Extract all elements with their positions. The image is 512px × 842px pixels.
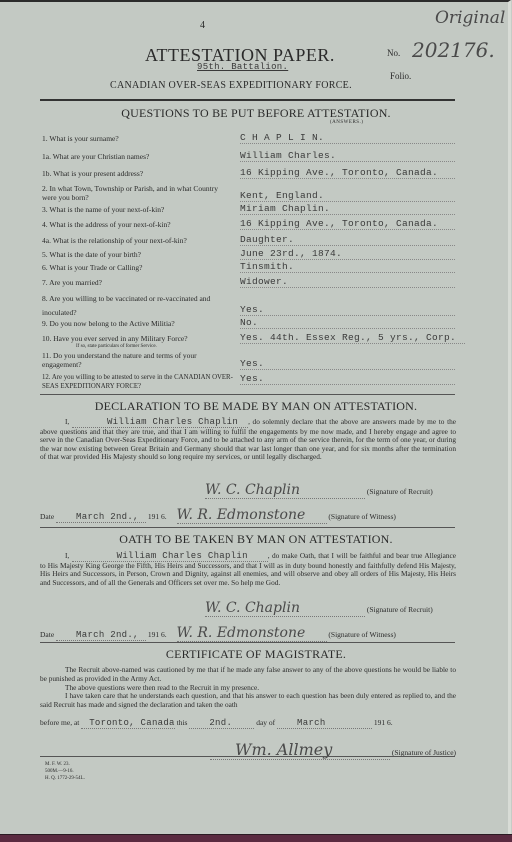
magistrate-p3: I have taken care that he understands ea… <box>40 692 456 709</box>
divider <box>40 394 455 395</box>
answer-8: Yes. <box>240 304 455 316</box>
footer-line-1: M. F. W. 23. <box>45 762 70 769</box>
questions-heading: QUESTIONS TO BE PUT BEFORE ATTESTATION. <box>0 106 512 121</box>
force-name: CANADIAN OVER-SEAS EXPEDITIONARY FORCE. <box>110 80 352 91</box>
answers-label: (ANSWERS.) <box>330 120 363 125</box>
question-5: 5. What is the date of your birth? <box>42 250 234 259</box>
before-label: before me, at <box>40 718 79 727</box>
justice-signature: Wm. Allmey <box>210 740 390 760</box>
oath-date: March 2nd., <box>56 630 146 641</box>
answer-5: June 23rd., 1874. <box>240 248 455 260</box>
battalion: 95th. Battalion. <box>197 62 288 72</box>
answer-12: Yes. <box>240 373 455 385</box>
question-3: 3. What is the name of your next-of-kin? <box>42 205 234 214</box>
divider <box>40 99 455 101</box>
folio-label: Folio. <box>390 71 411 81</box>
question-1a: 1a. What are your Christian names? <box>42 152 234 161</box>
recruit-signature-label: (Signature of Recruit) <box>367 487 433 496</box>
declaration-recruit-signature-row: W. C. Chaplin (Signature of Recruit) <box>205 482 433 499</box>
answer-9: No. <box>240 317 455 329</box>
answer-6: Tinsmith. <box>240 261 455 273</box>
question-1b: 1b. What is your present address? <box>42 169 234 178</box>
year-prefix: 191 <box>148 512 159 521</box>
declaration-heading: DECLARATION TO BE MADE BY MAN ON ATTESTA… <box>0 399 512 414</box>
original-note: Original <box>435 8 505 28</box>
witness-signature-label: (Signature of Witness) <box>328 630 395 639</box>
question-6: 6. What is your Trade or Calling? <box>42 263 234 272</box>
question-1: 1. What is your surname? <box>42 134 234 143</box>
declaration-prefix: I, <box>65 417 69 426</box>
footer-line-2: 500M.—9-16. <box>45 769 74 776</box>
answer-11: Yes. <box>240 358 455 370</box>
question-9: 9. Do you now belong to the Active Milit… <box>42 319 234 328</box>
year-suffix: 6. <box>161 512 167 521</box>
bottom-edge-bar <box>0 834 512 842</box>
answer-2: Kent, England. <box>240 190 455 202</box>
declaration-text: I, William Charles Chaplin, do solemnly … <box>40 418 456 462</box>
date-label: Date <box>40 630 54 639</box>
answer-1b: 16 Kipping Ave., Toronto, Canada. <box>240 167 455 179</box>
declaration-date-row: Date March 2nd., 191 6. W. R. Edmonstone… <box>40 507 396 524</box>
month: March <box>277 718 372 729</box>
witness-signature-label: (Signature of Witness) <box>328 512 395 521</box>
question-4a: 4a. What is the relationship of your nex… <box>42 236 234 245</box>
number-label: No. <box>387 48 400 58</box>
oath-date-row: Date March 2nd., 191 6. W. R. Edmonstone… <box>40 625 396 642</box>
question-7: 7. Are you married? <box>42 278 234 287</box>
magistrate-place-row: before me, at Toronto, Canada this 2nd. … <box>40 718 393 729</box>
this-label: this <box>177 718 188 727</box>
date-label: Date <box>40 512 54 521</box>
divider <box>40 756 455 757</box>
divider <box>40 642 455 643</box>
answer-7: Widower. <box>240 276 455 288</box>
question-4: 4. What is the address of your next-of-k… <box>42 220 234 229</box>
year-prefix: 191 <box>374 718 385 727</box>
magistrate-heading: CERTIFICATE OF MAGISTRATE. <box>0 647 512 662</box>
witness-signature: W. R. Edmonstone <box>177 625 327 642</box>
place: Toronto, Canada <box>81 718 175 729</box>
witness-signature: W. R. Edmonstone <box>177 507 327 524</box>
year-suffix: 6. <box>161 630 167 639</box>
year-suffix: 6. <box>387 718 393 727</box>
day-of-label: day of <box>256 718 275 727</box>
question-11: 11. Do you understand the nature and ter… <box>42 351 234 369</box>
oath-text: I, William Charles Chaplin, do make Oath… <box>40 552 456 587</box>
answer-1a: William Charles. <box>240 150 455 162</box>
justice-signature-row: Wm. Allmey (Signature of Justice) <box>210 740 456 760</box>
question-8: 8. Are you willing to be vaccinated or r… <box>42 292 234 320</box>
oath-recruit-signature-row: W. C. Chaplin (Signature of Recruit) <box>205 600 433 617</box>
recruit-signature: W. C. Chaplin <box>205 600 365 617</box>
recruit-signature-label: (Signature of Recruit) <box>367 605 433 614</box>
magistrate-p1: The Recruit above-named was cautioned by… <box>40 666 456 683</box>
answer-4a: Daughter. <box>240 234 455 246</box>
attestation-paper-page: 4 Original ATTESTATION PAPER. 95th. Batt… <box>0 0 511 836</box>
answer-1: C H A P L I N. <box>240 132 455 144</box>
day: 2nd. <box>189 718 254 729</box>
question-2: 2. In what Town, Township or Parish, and… <box>42 184 234 202</box>
regimental-number: 202176. <box>412 38 495 62</box>
year-prefix: 191 <box>148 630 159 639</box>
declaration-date: March 2nd., <box>56 512 146 523</box>
oath-prefix: I, <box>65 551 69 560</box>
answer-4: 16 Kipping Ave., Toronto, Canada. <box>240 218 455 230</box>
divider <box>40 527 455 528</box>
question-12: 12. Are you willing to be attested to se… <box>42 373 234 391</box>
recruit-signature: W. C. Chaplin <box>205 482 365 499</box>
footer-line-3: H. Q. 1772-29-54L. <box>45 776 85 783</box>
answer-3: Miriam Chaplin. <box>240 203 455 215</box>
page-number: 4 <box>200 20 205 31</box>
answer-10: Yes. 44th. Essex Reg., 5 yrs., Corp. <box>240 332 465 344</box>
oath-heading: OATH TO BE TAKEN BY MAN ON ATTESTATION. <box>0 532 512 547</box>
